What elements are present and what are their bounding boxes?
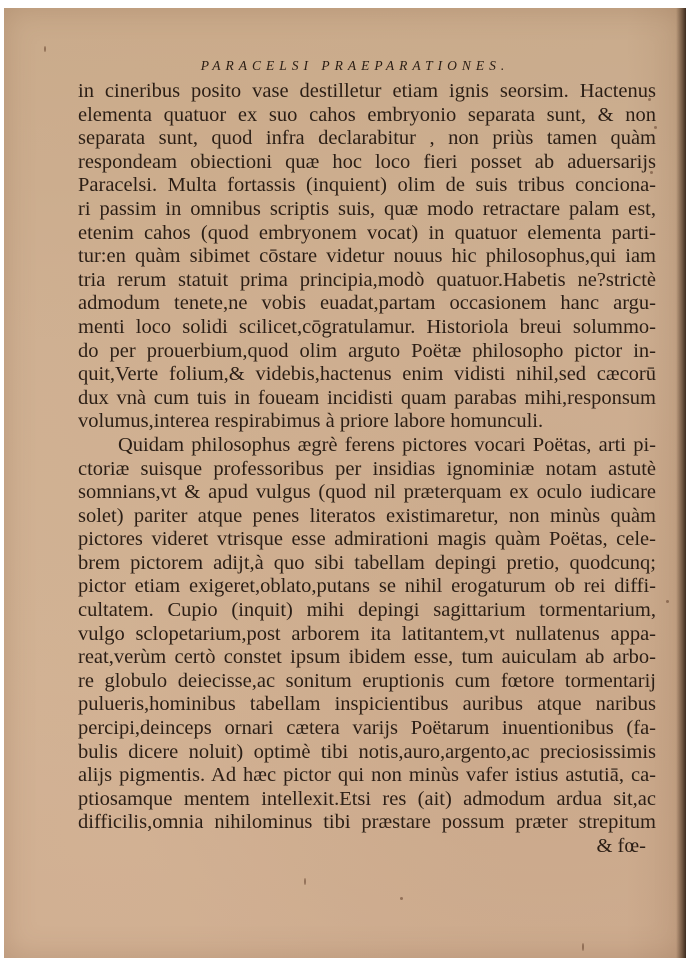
text-line: pictores videret vtrisque esse admiratio… bbox=[78, 528, 656, 552]
text-line: admodum tenete,ne vobis euadat,partam oc… bbox=[78, 292, 656, 316]
paper-speck bbox=[582, 943, 584, 951]
paper-speck bbox=[666, 600, 669, 603]
paper-speck bbox=[44, 46, 46, 52]
text-line: bulis dicere noluit) optimè tibi notis,a… bbox=[78, 741, 656, 765]
text-line: re globulo deiecisse,ac sonitum eruption… bbox=[78, 670, 656, 694]
running-head: PARACELSI PRAEPARATIONES. bbox=[4, 58, 686, 74]
text-line: tria rerum statuit prima principia,modò … bbox=[78, 269, 656, 293]
text-line: reat,verùm certò constet ipsum ibidem es… bbox=[78, 646, 656, 670]
text-line: respondeam obiectioni quæ hoc loco fieri… bbox=[78, 151, 656, 175]
text-line: cultatem. Cupio (inquit) mihi depingi sa… bbox=[78, 599, 656, 623]
text-line: alijs pigmentis. Ad hæc pictor qui non m… bbox=[78, 764, 656, 788]
text-line: etenim cahos (quod embryonem vocat) in q… bbox=[78, 222, 656, 246]
text-line: elementa quatuor ex suo cahos embryonio … bbox=[78, 104, 656, 128]
text-line: somnians,vt & apud vulgus (quod nil præt… bbox=[78, 481, 656, 505]
paragraph-start-line: Quidam philosophus ægrè ferens pictores … bbox=[78, 434, 656, 458]
text-line: percipi,deinceps ornari cætera varijs Po… bbox=[78, 717, 656, 741]
paper-speck bbox=[654, 126, 657, 129]
text-line: tur:en quàm sibimet cōstare videtur nouu… bbox=[78, 245, 656, 269]
paper-speck bbox=[304, 878, 306, 885]
paragraph-end-line: volumus,interea respirabimus à priore la… bbox=[78, 410, 656, 434]
text-line: vulgo sclopetarium,post arborem ita lati… bbox=[78, 623, 656, 647]
text-line: Paracelsi. Multa fortassis (inquient) ol… bbox=[78, 174, 656, 198]
book-page: PARACELSI PRAEPARATIONES. in cineribus p… bbox=[4, 8, 686, 958]
text-line: menti loco solidi scilicet,cōgratulamur.… bbox=[78, 316, 656, 340]
text-line: quit,Verte folium,& videbis,hactenus eni… bbox=[78, 363, 656, 387]
text-line: separata sunt, quod infra declarabitur ,… bbox=[78, 127, 656, 151]
text-line: dux vnà cum tuis in foueam incidisti qua… bbox=[78, 387, 656, 411]
text-line: ctoriæ suisque professoribus per insidia… bbox=[78, 458, 656, 482]
catchword: & fœ- bbox=[78, 835, 656, 859]
text-line: brem pictorem adijt,à quo sibi tabellam … bbox=[78, 552, 656, 576]
paper-speck bbox=[400, 897, 403, 900]
text-line: pulueris,hominibus tabellam inspicientib… bbox=[78, 693, 656, 717]
paper-speck bbox=[648, 98, 651, 101]
text-line: ptiosamque mentem intellexit.Etsi res (a… bbox=[78, 788, 656, 812]
text-line: difficilis,omnia nihilominus tibi præsta… bbox=[78, 811, 656, 835]
text-line: solet) pariter atque penes literatos exi… bbox=[78, 505, 656, 529]
text-line: ri passim in omnibus scriptis suis, quæ … bbox=[78, 198, 656, 222]
paper-speck bbox=[650, 171, 653, 174]
text-line: in cineribus posito vase destilletur eti… bbox=[78, 80, 656, 104]
body-text: in cineribus posito vase destilletur eti… bbox=[78, 80, 656, 859]
text-line: do per prouerbium,quod olim arguto Poëtæ… bbox=[78, 340, 656, 364]
text-line: pictor etiam exigeret,oblato,putans se n… bbox=[78, 575, 656, 599]
